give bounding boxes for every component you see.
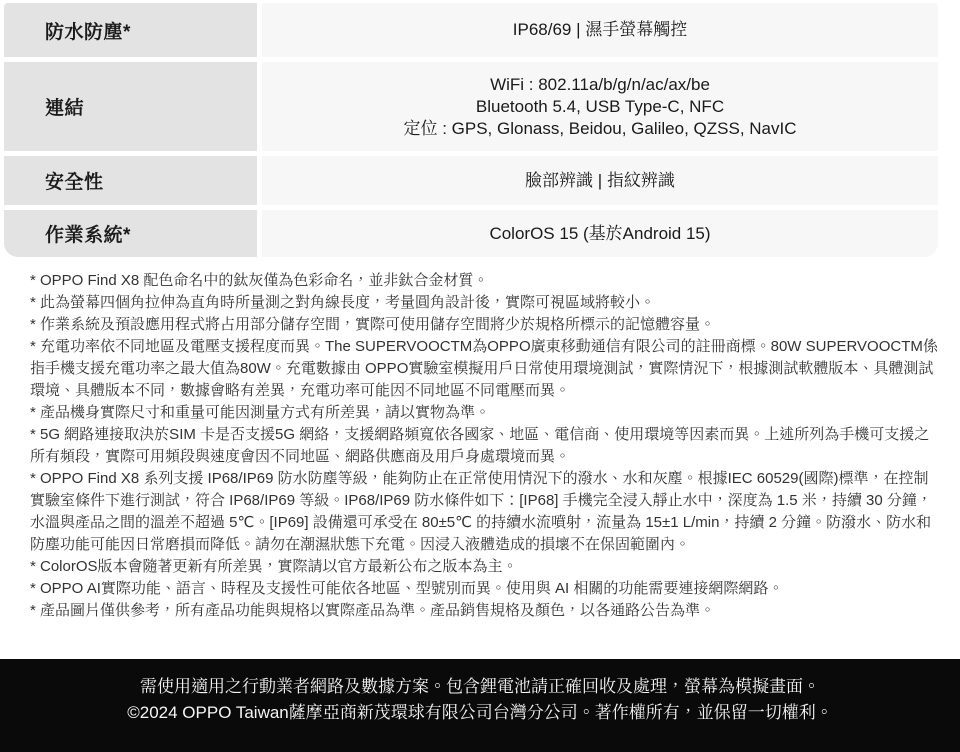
spec-value-line-gps: 定位 : GPS, Glonass, Beidou, Galileo, QZSS… [403,118,796,140]
spec-row-connectivity: 連結 WiFi : 802.11a/b/g/n/ac/ax/be Bluetoo… [4,62,938,151]
footnote-ip-rating: * OPPO Find X8 系列支援 IP68/IP69 防水防塵等級，能夠防… [30,468,938,556]
spec-label-connectivity: 連結 [4,62,257,151]
footnote-screen-diagonal: * 此為螢幕四個角拉伸為直角時所量測之對角線長度，考量圓角設計後，實際可視區域將… [30,292,938,314]
spec-value-line: IP68/69 | 濕手螢幕觸控 [513,19,687,41]
footnote-dimensions: * 產品機身實際尺寸和重量可能因測量方式有所差異，請以實物為準。 [30,402,938,424]
spec-row-security: 安全性 臉部辨識 | 指紋辨識 [4,156,938,205]
spec-value-water-dust: IP68/69 | 濕手螢幕觸控 [262,3,938,57]
spec-row-operating-system: 作業系統* ColorOS 15 (基於Android 15) [4,210,938,257]
spec-value-line: 臉部辨識 | 指紋辨識 [525,170,675,192]
footnote-ai-features: * OPPO AI實際功能、語言、時程及支援性可能依各地區、型號別而異。使用與 … [30,578,938,600]
footnote-product-images: * 產品圖片僅供參考，所有產品功能與規格以實際產品為準。產品銷售規格及顏色，以各… [30,600,938,622]
footnote-color-naming: * OPPO Find X8 配色命名中的鈦灰僅為色彩命名，並非鈦合金材質。 [30,270,938,292]
footnote-coloros-version: * ColorOS版本會隨著更新有所差異，實際請以官方最新公布之版本為主。 [30,556,938,578]
spec-value-line: ColorOS 15 (基於Android 15) [489,223,710,245]
spec-value-security: 臉部辨識 | 指紋辨識 [262,156,938,205]
spec-value-connectivity: WiFi : 802.11a/b/g/n/ac/ax/be Bluetooth … [262,62,938,151]
spec-label-os: 作業系統* [4,210,257,257]
spec-row-water-dust-resistance: 防水防塵* IP68/69 | 濕手螢幕觸控 [4,3,938,57]
spec-value-line-bluetooth: Bluetooth 5.4, USB Type-C, NFC [476,96,724,118]
spec-value-os: ColorOS 15 (基於Android 15) [262,210,938,257]
spec-label-security: 安全性 [4,156,257,205]
footer-copyright: ©2024 OPPO Taiwan薩摩亞商新茂環球有限公司台灣分公司。著作權所有… [0,700,960,726]
footnotes-section: * OPPO Find X8 配色命名中的鈦灰僅為色彩命名，並非鈦合金材質。 *… [30,270,938,622]
footnote-charging: * 充電功率依不同地區及電壓支援程度而異。The SUPERVOOCTM為OPP… [30,336,938,402]
footnote-storage: * 作業系統及預設應用程式將占用部分儲存空間，實際可使用儲存空間將少於規格所標示… [30,314,938,336]
footer-network-battery-notice: 需使用適用之行動業者網路及數據方案。包含鋰電池請正確回收及處理，螢幕為模擬畫面。 [0,674,960,700]
footer-notice: 需使用適用之行動業者網路及數據方案。包含鋰電池請正確回收及處理，螢幕為模擬畫面。… [0,659,960,752]
spec-table: 防水防塵* IP68/69 | 濕手螢幕觸控 連結 WiFi : 802.11a… [4,3,938,257]
footnote-5g: * 5G 網路連接取決於SIM 卡是否支援5G 網絡，支援網路頻寬依各國家、地區… [30,424,938,468]
spec-sheet-page: 防水防塵* IP68/69 | 濕手螢幕觸控 連結 WiFi : 802.11a… [0,0,960,752]
spec-value-line-wifi: WiFi : 802.11a/b/g/n/ac/ax/be [490,74,710,96]
spec-label-water-dust: 防水防塵* [4,3,257,57]
